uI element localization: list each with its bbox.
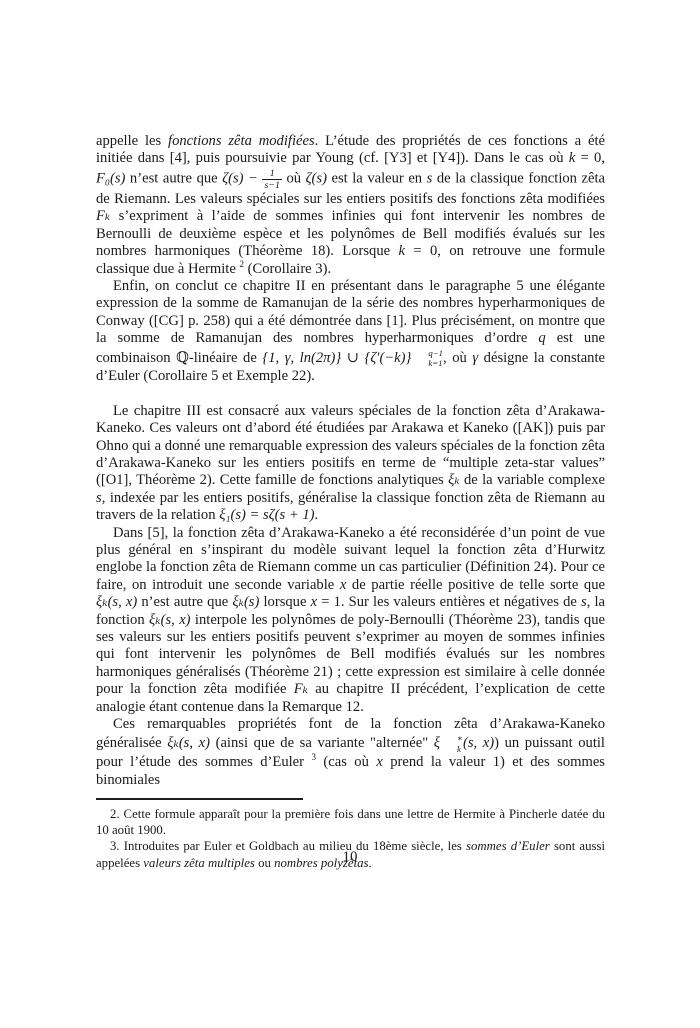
math-run: ξₖ(s, x) [149,612,191,628]
text-run: . [314,507,318,523]
superscript-text: q−1 [411,348,443,358]
text-run: n’est autre que [125,170,222,186]
math-run: F₀(s) [96,170,125,186]
page-body: appelle les fonctions zêta modifiées. L’… [96,133,605,789]
math-run: ξₖ(s, x) [96,594,137,610]
paragraph: Enfin, on conclut ce chapitre II en prés… [96,278,605,386]
math-run: ξₖ [448,472,460,488]
document-page: appelle les fonctions zêta modifiées. L’… [0,0,700,1028]
paragraph: appelle les fonctions zêta modifiées. L’… [96,133,605,278]
text-run: , où [443,350,472,366]
math-run: ξ₁(s) = sζ(s + 1) [219,507,314,523]
math-run: ξₖ(s) [232,594,259,610]
text-run: est la valeur en [327,170,427,186]
page-number: 10 [0,849,700,866]
math-run: q [538,330,545,346]
text-run: de la variable complexe [460,472,605,488]
math-run: Fₖ [96,208,110,224]
text-run: où [282,170,306,186]
math-run: {1, γ, ln(2π)} ∪ {ζ′(−k)} [262,350,411,366]
superscript-text: ∗ [440,733,463,743]
fraction-numerator: 1 [262,168,282,180]
text-run: 2. Cette formule apparaît pour la premiè… [96,807,605,837]
paragraph: Ces remarquables propriétés font de la f… [96,716,605,789]
math-run: ζ(s) [306,170,327,186]
math-run: ξₖ(s, x) [167,735,210,751]
text-run: de partie réelle positive de telle sorte… [346,577,605,593]
text-run: Enfin, on conclut ce chapitre II en prés… [96,278,605,346]
math-run: (s, x) [463,735,494,751]
text-run: lorsque [259,594,310,610]
fraction-denominator: s−1 [262,180,282,191]
text-run: , indexée par les entiers positifs, géné… [96,490,605,523]
paragraph: Le chapitre III est consacré aux valeurs… [96,403,605,525]
text-run: = 0, [575,150,605,166]
math-run: Fₖ [294,681,308,697]
footnote: 2. Cette formule apparaît pour la premiè… [96,806,605,838]
text-run: = 1. Sur les valeurs entières et négativ… [317,594,581,610]
sup-sub-stack: ∗k [440,733,463,754]
sup-sub-stack: q−1k=1 [411,348,443,369]
subscript-text: k=1 [411,358,443,368]
text-run: (ainsi que de sa variante "alternée" [210,735,434,751]
math-run: ζ(s) − [222,170,262,186]
paragraph: Dans [5], la fonction zêta d’Arakawa-Kan… [96,525,605,716]
inline-fraction: 1s−1 [262,168,282,191]
text-run: (Corollaire 3). [244,261,331,277]
italic-run: fonctions zêta modifiées [168,133,315,149]
text-run: (cas où [316,754,376,770]
footnote-rule [96,798,303,800]
text-block: appelle les fonctions zêta modifiées. L’… [96,133,605,871]
text-run: appelle les [96,133,168,149]
text-run: n’est autre que [137,594,232,610]
subscript-text: k [440,744,463,754]
